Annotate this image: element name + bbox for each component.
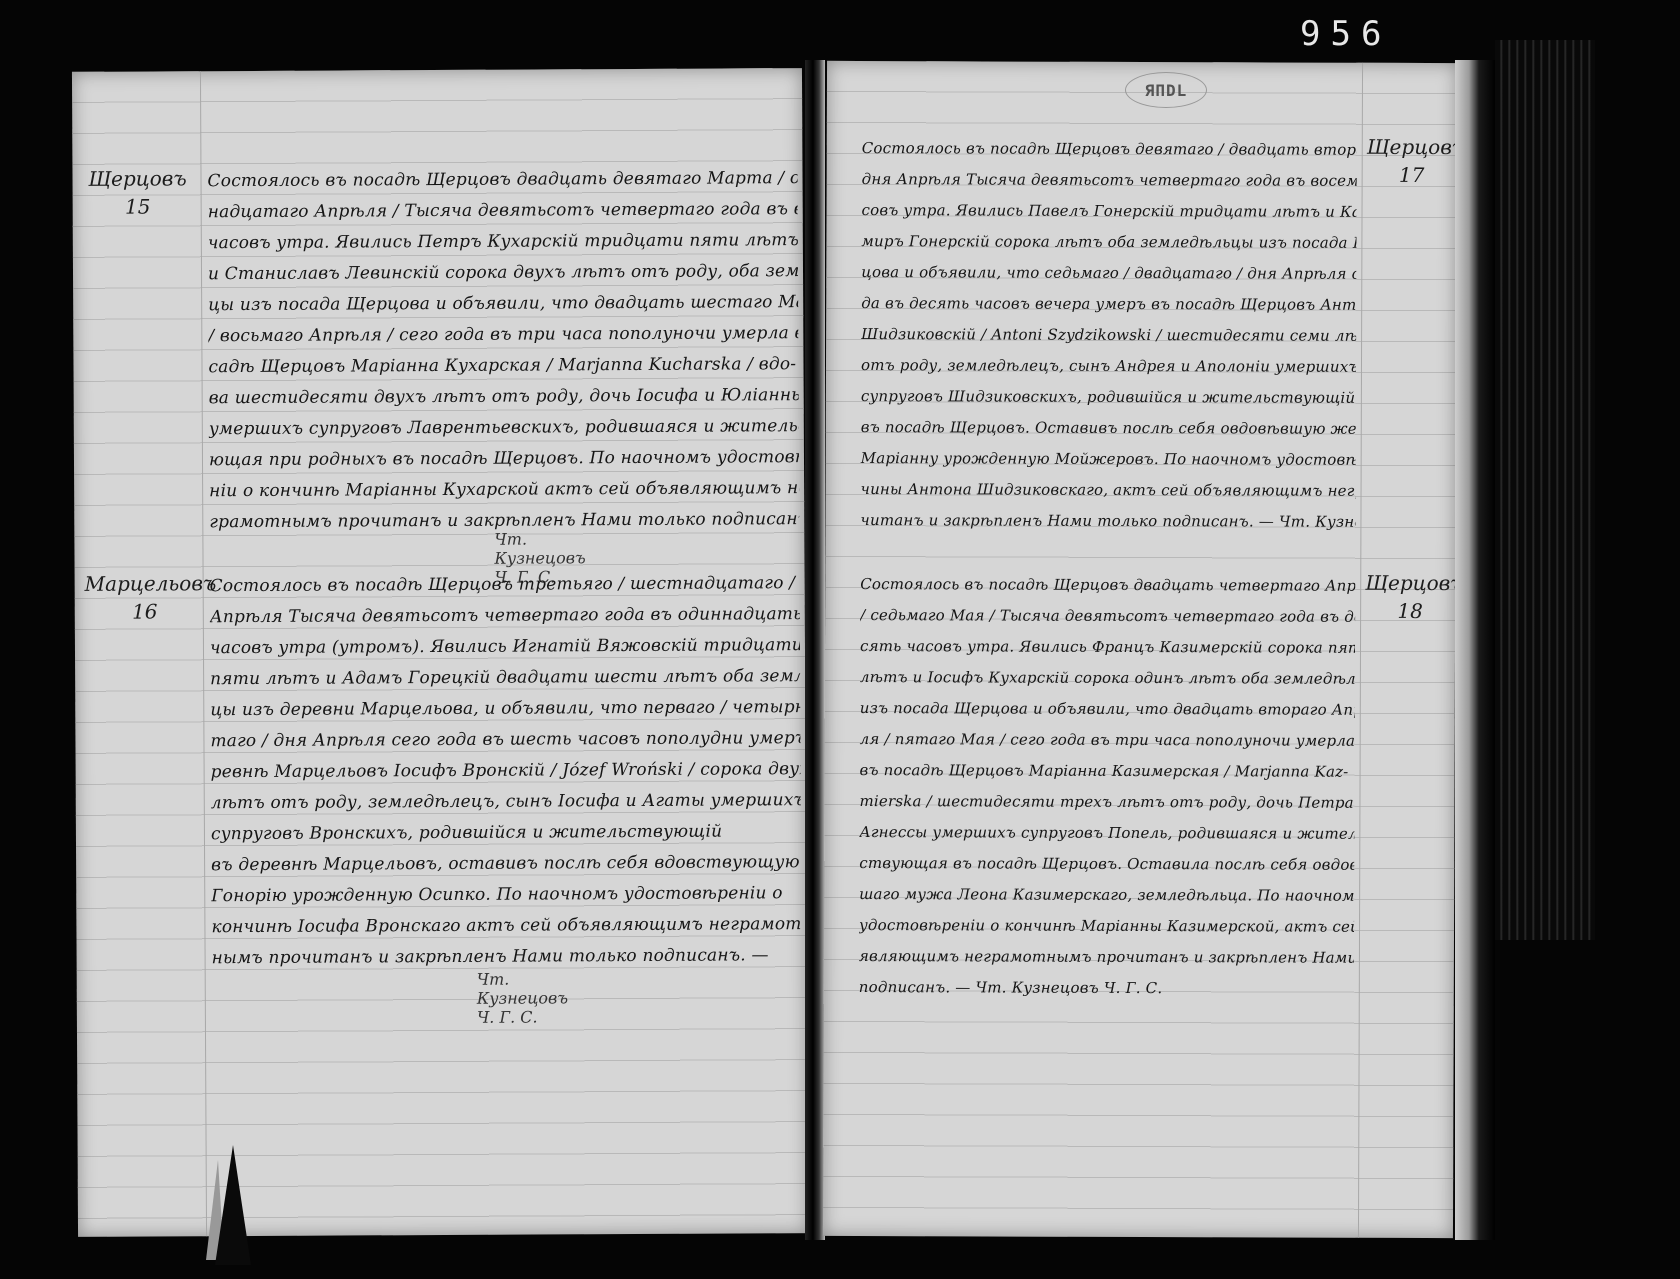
text-line: ствующая въ посадѣ Щерцовъ. Оставила пос… [859,848,1354,881]
text-line: пяти лѣтъ и Адамъ Горецкій двадцати шест… [210,661,800,695]
text-line: Состоялось въ посадѣ Щерцовъ двадцать де… [207,163,797,197]
text-line: являющимъ неграмотнымъ прочитанъ и закрѣ… [859,941,1354,974]
text-line: подписанъ. — Чт. Кузнецовъ Ч. Г. С. [859,972,1354,1005]
text-line: чины Антона Шидзиковскаго, актъ сей объя… [861,474,1356,507]
text-line: супруговъ Вронскихъ, родившійся и житель… [211,816,801,850]
entry-place: Марцельовъ [85,571,217,596]
left-page: Щерцовъ 15 Состоялось въ посадѣ Щерцовъ … [72,68,808,1237]
text-line: дня Апрѣля Тысяча девятьсотъ четвертаго … [862,164,1357,197]
text-line: умершихъ супруговъ Лаврентьевскихъ, роди… [209,411,799,445]
book-binding [1495,40,1595,940]
text-line: Маріанну урожденную Мойжеровъ. По наочно… [861,443,1356,476]
text-line: цы изъ деревни Марцельова, и объявили, ч… [210,692,800,726]
registrar-signature: Чт. Кузнецовъ Ч. Г. С. [477,969,568,1026]
text-line: миръ Гонерскій сорока лѣтъ оба земледѣль… [861,226,1356,259]
text-line: Шидзиковскій / Antoni Szydzikowski / шес… [861,319,1356,352]
text-line: читанъ и закрѣпленъ Нами только подписан… [860,505,1355,538]
text-line: да въ десять часовъ вечера умеръ въ поса… [861,288,1356,321]
text-line: кончинѣ Іосифа Вронскаго актъ сей объявл… [211,909,801,943]
text-line: въ посадѣ Щерцовъ Маріанна Казимерская /… [860,755,1355,788]
text-line: цова и объявили, что седьмаго / двадцата… [861,257,1356,290]
text-line: ревнѣ Марцельовъ Іосифъ Вронскій / Józef… [211,754,801,788]
text-line: Состоялось въ посадѣ Щерцовъ девятаго / … [862,133,1357,166]
text-line: надцатаго Апрѣля / Тысяча девятьсотъ чет… [208,194,798,228]
text-line: Гонорію урожденную Осипко. По наочномъ у… [211,878,801,912]
text-line: садѣ Щерцовъ Маріанна Кухарская / Marjan… [208,349,798,383]
book-gutter [805,60,825,1240]
entry-text: Состоялось въ посадѣ Щерцовъ двадцать че… [859,569,1356,1005]
text-line: таго / дня Апрѣля сего года въ шесть час… [210,723,800,757]
text-line: супруговъ Шидзиковскихъ, родившійся и жи… [861,381,1356,414]
text-line: / седьмаго Мая / Тысяча девятьсотъ четве… [860,600,1355,633]
entry-margin-label: Щерцовъ 15 [82,166,192,219]
text-line: Состоялось въ посадѣ Щерцовъ двадцать че… [860,569,1355,602]
text-line: ніи о кончинѣ Маріанны Кухарской актъ се… [209,473,799,507]
text-line: въ посадѣ Щерцовъ. Оставивъ послѣ себя о… [861,412,1356,445]
entry-text: Состоялось въ посадѣ Щерцовъ третьяго / … [210,568,802,974]
paper-tab-shadow [215,1145,251,1265]
right-page: Состоялось въ посадѣ Щерцовъ девятаго / … [823,61,1457,1238]
text-line: шаго мужа Леона Казимерскаго, земледѣльц… [859,879,1354,912]
entry-margin-label: Марцельовъ 16 [85,571,205,624]
text-line: ва шестидесяти двухъ лѣтъ отъ роду, дочь… [209,380,799,414]
margin-rule [1358,63,1363,1238]
entry-text: Состоялось въ посадѣ Щерцовъ девятаго / … [860,133,1356,538]
margin-rule [200,71,207,1236]
text-line: / восьмаго Апрѣля / сего года въ три час… [208,318,798,352]
text-line: лѣтъ и Іосифъ Кухарскій сорока одинъ лѣт… [860,662,1355,695]
text-line: mierska / шестидесяти трехъ лѣтъ отъ род… [859,786,1354,819]
entry-place: Щерцовъ [1367,135,1466,159]
entry-text: Состоялось въ посадѣ Щерцовъ двадцать де… [207,163,799,538]
entry-margin-label: Щерцовъ 17 [1367,135,1457,187]
text-line: часовъ утра. Явились Петръ Кухарскій три… [208,225,798,259]
text-line: въ деревнѣ Марцельовъ, оставивъ послѣ се… [211,847,801,881]
page-edge [1455,60,1495,1240]
entry-margin-label: Щерцовъ 18 [1365,571,1455,623]
text-line: Состоялось въ посадѣ Щерцовъ третьяго / … [210,568,800,602]
text-line: лѣтъ отъ роду, земледѣлецъ, сынъ Іосифа … [211,785,801,819]
entry-place: Щерцовъ [88,166,187,191]
text-line: отъ роду, земледѣлецъ, сынъ Андрея и Апо… [861,350,1356,383]
text-line: и Станиславъ Левинскій сорока двухъ лѣтъ… [208,256,798,290]
text-line: сять часовъ утра. Явились Францъ Казимер… [860,631,1355,664]
text-line: Апрѣля Тысяча девятьсотъ четвертаго года… [210,599,800,633]
text-line: изъ посада Щерцова и объявили, что двадц… [860,693,1355,726]
frame-number: 956 [1300,14,1391,54]
entry-number: 16 [85,599,205,624]
text-line: Агнессы умершихъ супруговъ Попель, родив… [859,817,1354,850]
text-line: ля / пятаго Мая / сего года въ три часа … [860,724,1355,757]
text-line: часовъ утра (утромъ). Явились Игнатій Вя… [210,630,800,664]
entry-number: 17 [1367,163,1457,187]
text-line: удостовѣреніи о кончинѣ Маріанны Казимер… [859,910,1354,943]
text-line: совъ утра. Явились Павелъ Гонерскій трид… [861,195,1356,228]
archive-stamp: ЯПDL [1125,72,1207,108]
entry-number: 18 [1365,599,1455,623]
text-line: цы изъ посада Щерцова и объявили, что дв… [208,287,798,321]
entry-number: 15 [83,194,193,219]
entry-place: Щерцовъ [1365,571,1464,595]
text-line: ющая при родныхъ въ посадѣ Щерцовъ. По н… [209,442,799,476]
